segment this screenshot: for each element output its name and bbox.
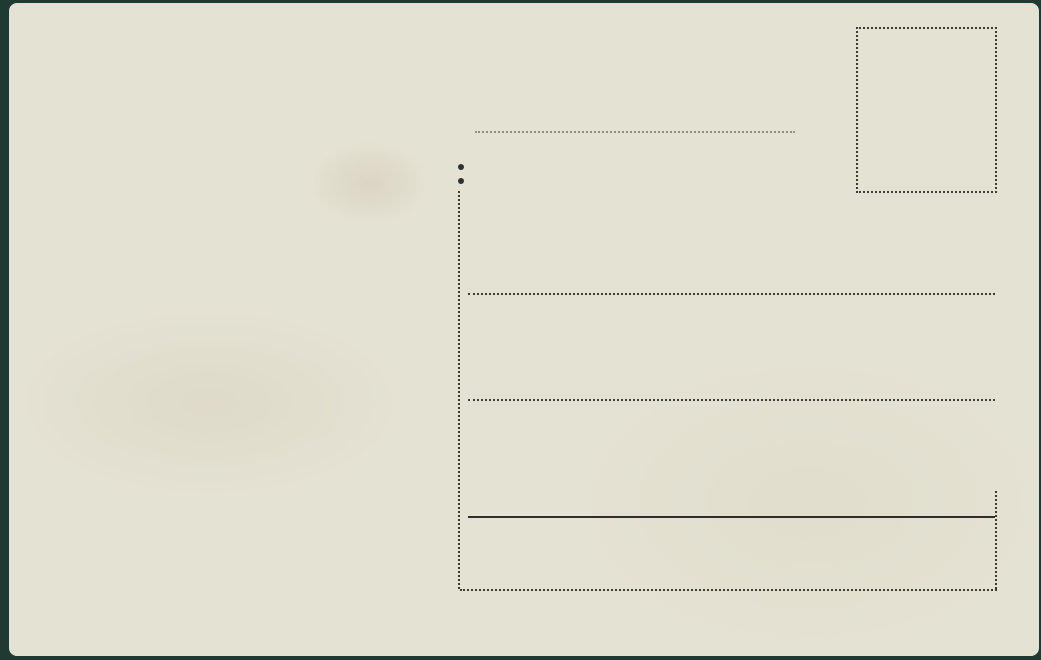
ornament-dot <box>458 178 464 184</box>
ornament-dot <box>458 164 464 170</box>
divider-line <box>458 191 460 589</box>
address-line-2 <box>468 399 995 401</box>
address-line-3 <box>468 516 995 518</box>
address-line-1 <box>468 293 995 295</box>
header-dotted-line <box>475 131 795 133</box>
box-right-edge <box>995 491 997 589</box>
bottom-line <box>460 589 997 591</box>
stamp-box <box>856 27 997 193</box>
postcard-back <box>9 3 1039 656</box>
